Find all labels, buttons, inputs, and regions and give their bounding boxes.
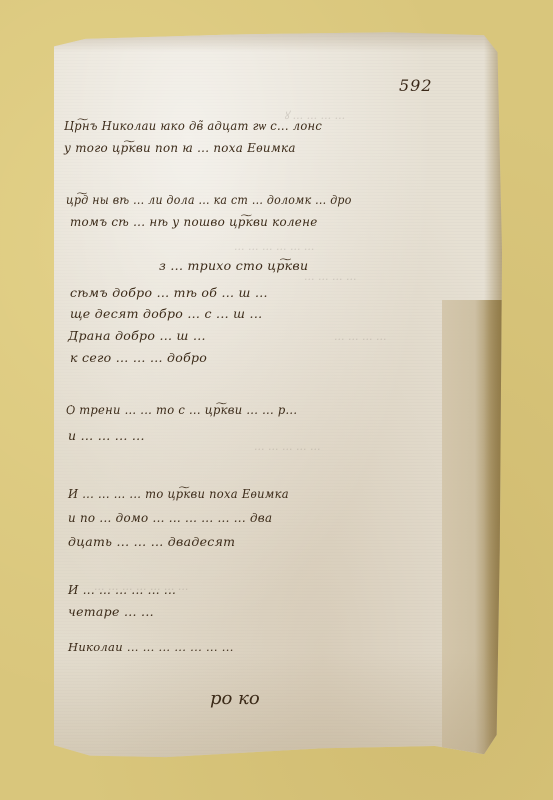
manuscript-line: у того цр͠кви поп ꙗ ... поха Еѳимка [64, 140, 296, 155]
folio-number: 592 [399, 76, 433, 95]
bleed-through-text: ... ... ... ... [304, 270, 356, 283]
manuscript-line: сѣмъ добро ... тѣ об ... ш ... [70, 285, 268, 300]
paper-bottom-stain [54, 652, 502, 772]
manuscript-line: з ... трихо сто цр͠кви [159, 258, 308, 273]
manuscript-line: дцать ... ... ... двадесят [68, 534, 235, 549]
bleed-through-text: ... ... ... ... ... [254, 440, 320, 453]
manuscript-line: томъ сѣ ... нѣ у пошво цр͠кви колене [70, 214, 318, 229]
manuscript-line: четаре ... ... [68, 604, 154, 619]
manuscript-line: Николаи ... ... ... ... ... ... ... [68, 640, 234, 654]
manuscript-page: ꙋ ... ... ... ... ... ... ... ... ... ..… [54, 30, 502, 772]
manuscript-line: Ѻ трени ... ... то с ... цр͠кви ... ... … [66, 402, 297, 418]
signature-mark: ро ко [210, 688, 260, 709]
manuscript-line: цр͠д ны вѣ ... ли дола ... ка ст ... дол… [66, 192, 352, 207]
bleed-through-text: ... ... ... ... [334, 330, 386, 343]
manuscript-line: И ... ... ... ... ... ... [68, 582, 176, 597]
bleed-through-text: ... ... ... ... ... ... [234, 240, 314, 253]
manuscript-line: к сего ... ... ... добро [70, 350, 207, 365]
manuscript-line: ще десят добро ... с ... ш ... [70, 306, 262, 321]
manuscript-line: И ... ... ... ... то цр͠кви поха Еѳимка [68, 486, 289, 501]
manuscript-line: Цр͠нъ Николаи ꙗко дв̃ адцат гѡ с... лонс [64, 118, 322, 134]
manuscript-line: и по ... домо ... ... ... ... ... ... дв… [68, 510, 272, 525]
signature-text: ро ко [210, 688, 260, 709]
manuscript-line: Драна добро ... ш ... [68, 328, 206, 343]
manuscript-line: и ... ... ... ... [68, 428, 145, 443]
paper-top-edge [54, 30, 502, 52]
